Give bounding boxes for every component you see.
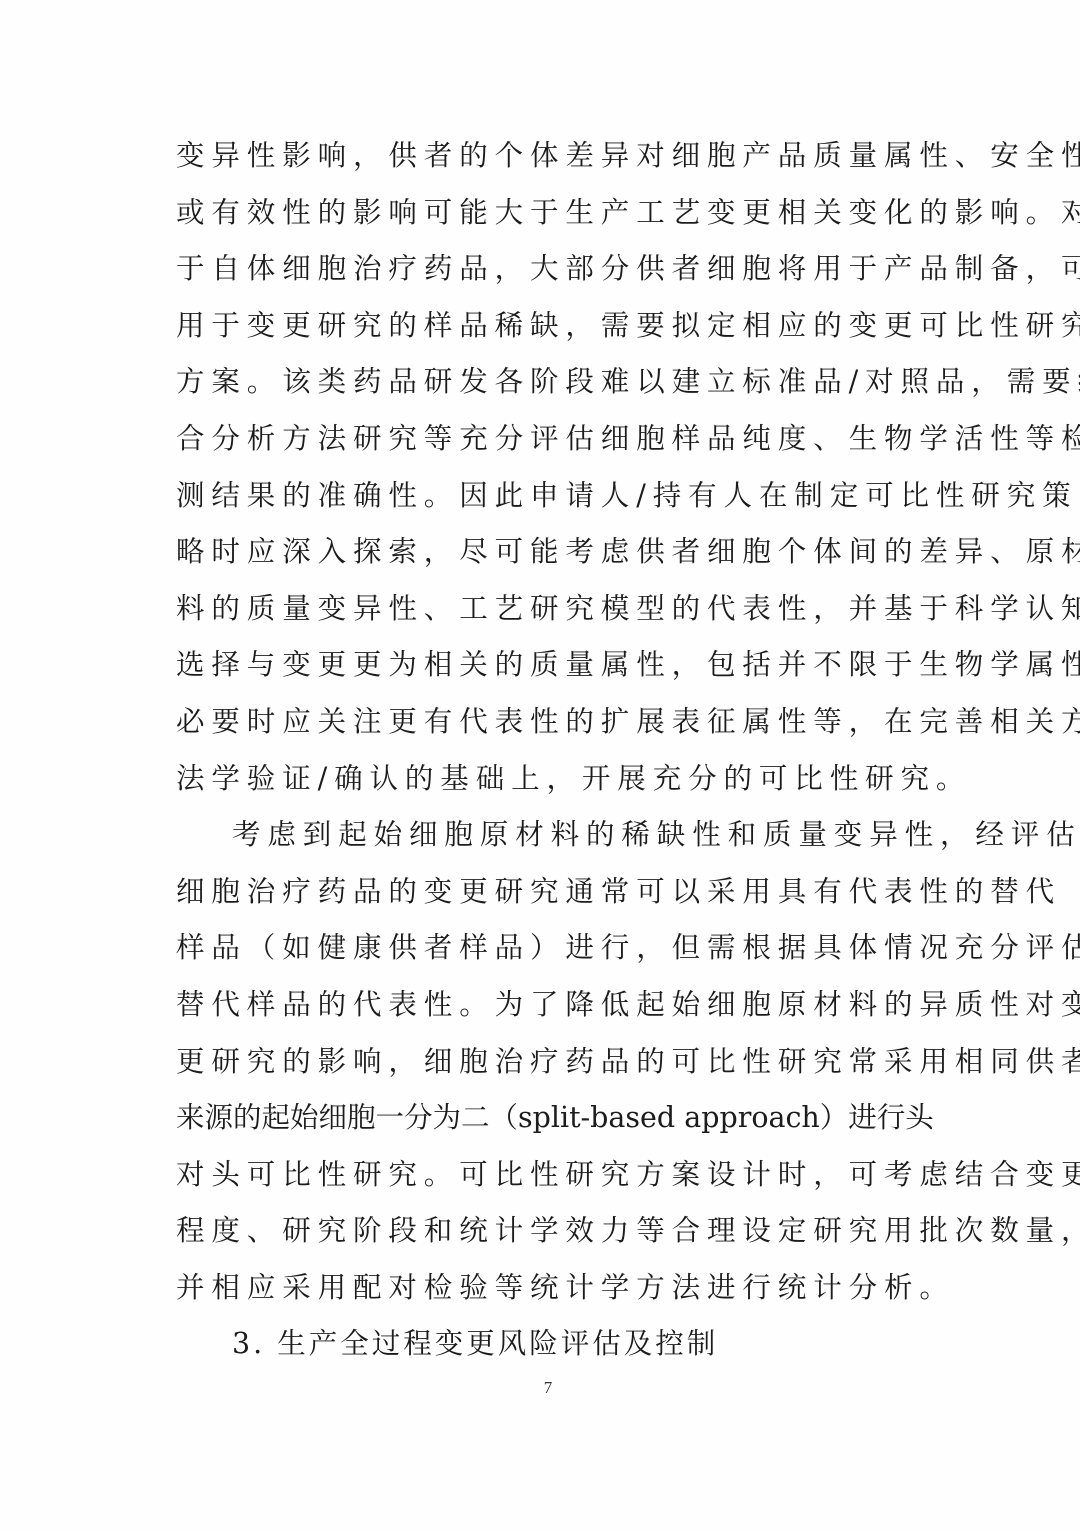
paragraph-line: 选择与变更更为相关的质量属性，包括并不限于生物学属性， [176,637,936,694]
paragraph-line: 或有效性的影响可能大于生产工艺变更相关变化的影响。对 [176,185,936,242]
paragraph-line: 法学验证/确认的基础上，开展充分的可比性研究。 [176,751,936,808]
paragraph-line: 并相应采用配对检验等统计学方法进行统计分析。 [176,1260,936,1317]
paragraph-line: 略时应深入探索，尽可能考虑供者细胞个体间的差异、原材 [176,524,936,581]
page-number: 7 [540,1378,556,1398]
section-heading: 3. 生产全过程变更风险评估及控制 [176,1316,936,1373]
paragraph-line: 变异性影响，供者的个体差异对细胞产品质量属性、安全性 [176,128,936,185]
paragraph-line: 更研究的影响，细胞治疗药品的可比性研究常采用相同供者 [176,1034,936,1091]
paragraph-line: 考虑到起始细胞原材料的稀缺性和质量变异性，经评估 [176,807,936,864]
paragraph-line: 料的质量变异性、工艺研究模型的代表性，并基于科学认知， [176,581,936,638]
paragraph-line: 程度、研究阶段和统计学效力等合理设定研究用批次数量， [176,1203,936,1260]
paragraph-line: 用于变更研究的样品稀缺，需要拟定相应的变更可比性研究 [176,298,936,355]
paragraph-line: 来源的起始细胞一分为二（split-based approach）进行头 [176,1090,924,1147]
paragraph-line: 必要时应关注更有代表性的扩展表征属性等，在完善相关方 [176,694,936,751]
paragraph-line: 方案。该类药品研发各阶段难以建立标准品/对照品，需要结 [176,354,936,411]
document-page: 变异性影响，供者的个体差异对细胞产品质量属性、安全性 或有效性的影响可能大于生产… [0,0,1080,1531]
paragraph-line: 于自体细胞治疗药品，大部分供者细胞将用于产品制备，可 [176,241,936,298]
paragraph-line: 对头可比性研究。可比性研究方案设计时，可考虑结合变更 [176,1147,936,1204]
body-text: 变异性影响，供者的个体差异对细胞产品质量属性、安全性 或有效性的影响可能大于生产… [176,128,936,1373]
paragraph-line: 合分析方法研究等充分评估细胞样品纯度、生物学活性等检 [176,411,936,468]
paragraph-line: 替代样品的代表性。为了降低起始细胞原材料的异质性对变 [176,977,936,1034]
paragraph-line: 样品（如健康供者样品）进行，但需根据具体情况充分评估 [176,920,936,977]
paragraph-line: 细胞治疗药品的变更研究通常可以采用具有代表性的替代 [176,864,936,921]
paragraph-line: 测结果的准确性。因此申请人/持有人在制定可比性研究策 [176,468,936,525]
